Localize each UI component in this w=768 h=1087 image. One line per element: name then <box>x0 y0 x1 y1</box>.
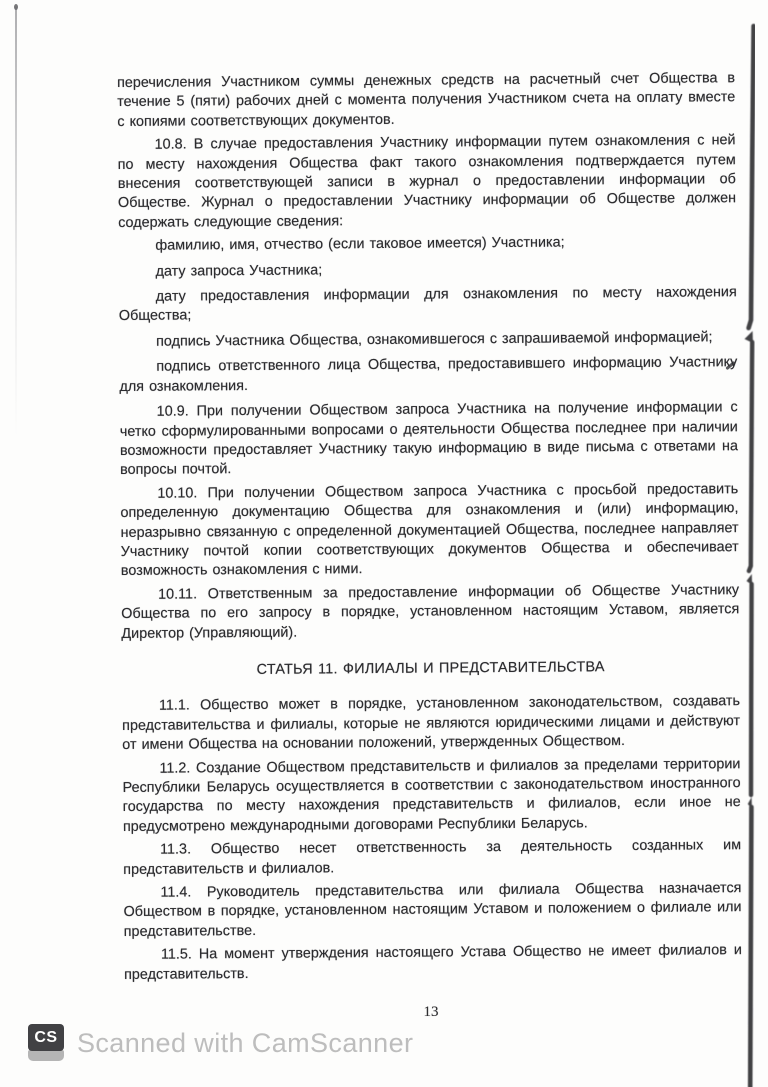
clause-10-9: 10.9. При получении Обществом запроса Уч… <box>120 398 739 480</box>
camscanner-logo-cs: CS <box>28 1024 64 1051</box>
clause-10-11: 10.11. Ответственным за предоставление и… <box>121 581 739 644</box>
clause-10-8: 10.8. В случае предоставления Участнику … <box>117 131 736 233</box>
article-11-heading: СТАТЬЯ 11. ФИЛИАЛЫ И ПРЕДСТАВИТЕЛЬСТВА <box>122 657 740 681</box>
camscanner-logo-tray <box>28 1050 64 1061</box>
document-body: перечисления Участником суммы денежных с… <box>117 69 742 989</box>
clause-11-3: 11.3. Общество несет ответственность за … <box>123 836 741 880</box>
page-number: 13 <box>395 1004 467 1021</box>
clause-11-2: 11.2. Создание Обществом представительст… <box>122 755 741 837</box>
journal-item-request-date: дату запроса Участника; <box>118 258 736 282</box>
journal-item-provision-date: дату предоставления информации для ознак… <box>119 283 737 327</box>
watermark-text: Scanned with CamScanner <box>77 1024 413 1062</box>
scan-left-edge-artifact <box>15 7 17 437</box>
clause-10-10: 10.10. При получении Обществом запроса У… <box>120 480 739 582</box>
journal-item-participant-signature: подпись Участника Общества, ознакомившег… <box>119 328 737 352</box>
clause-11-4: 11.4. Руководитель представительства или… <box>123 879 741 942</box>
clause-11-1: 11.1. Общество может в порядке, установл… <box>122 693 740 756</box>
journal-item-name: фамилию, имя, отчество (если таковое име… <box>118 232 736 256</box>
camscanner-watermark: CS Scanned with CamScanner <box>28 1024 413 1062</box>
clause-11-5: 11.5. На момент утверждения настоящего У… <box>124 941 742 985</box>
journal-item-officer-signature: подпись ответственного лица Общества, пр… <box>119 353 737 397</box>
paragraph-continuation: перечисления Участником суммы денежных с… <box>117 69 735 132</box>
scanned-page: перечисления Участником суммы денежных с… <box>0 0 768 1087</box>
camscanner-logo-icon: CS <box>28 1024 64 1062</box>
